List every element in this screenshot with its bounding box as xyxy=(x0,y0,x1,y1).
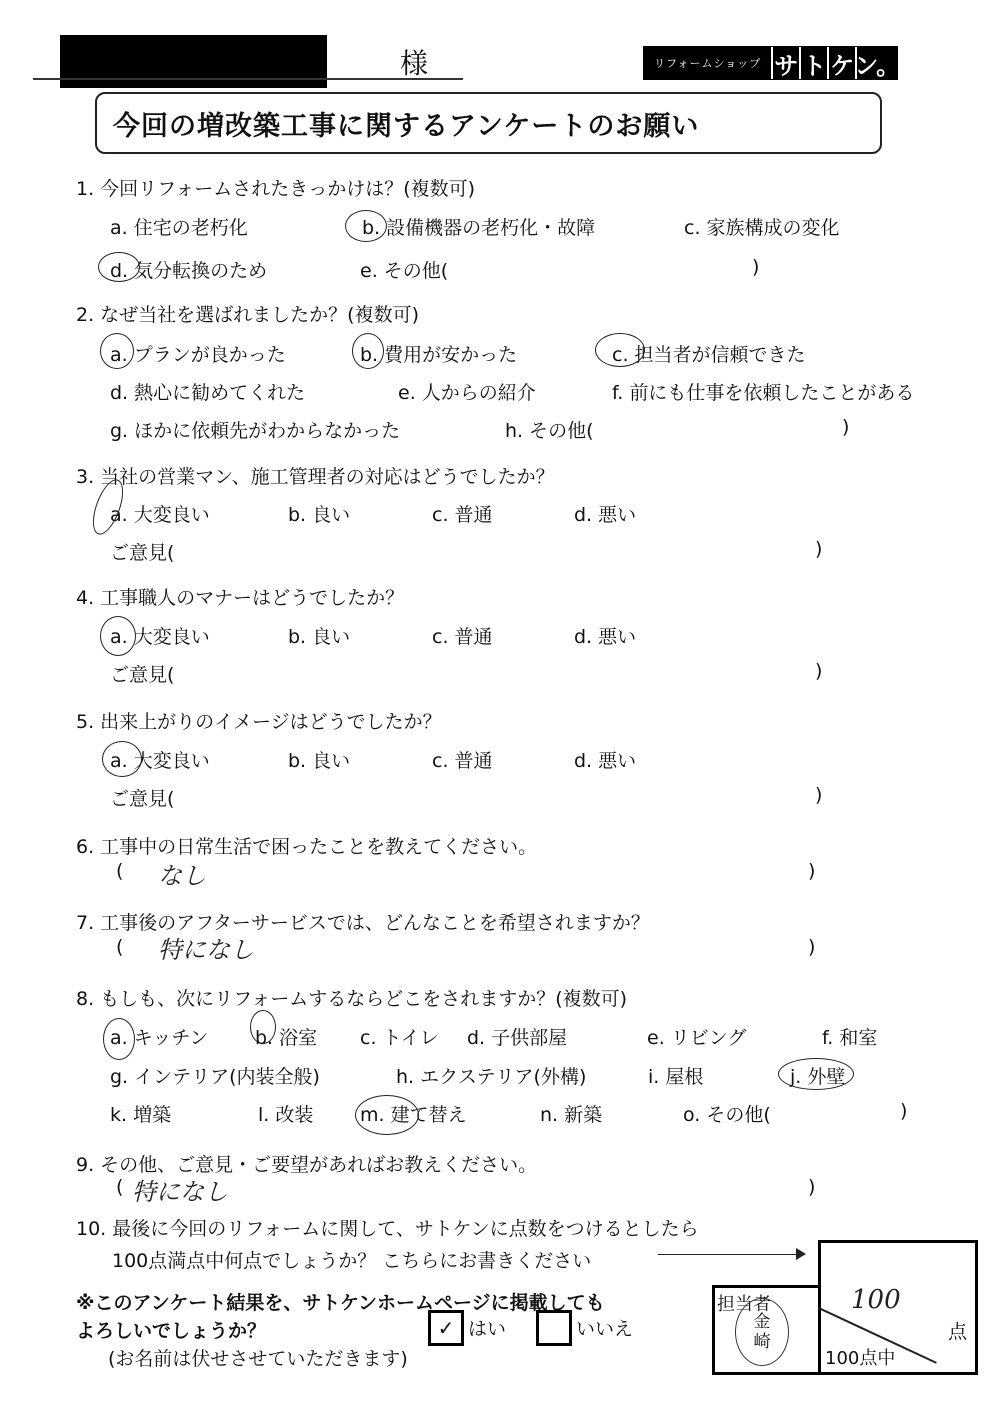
q4-comment-label: ご意見( xyxy=(110,660,174,687)
q5-option-b[interactable]: b. 良い xyxy=(288,746,350,773)
q8-option-h[interactable]: h. エクステリア(外構) xyxy=(396,1062,586,1089)
company-logo: リフォームショップ サ ト ケ ン。 xyxy=(643,46,898,80)
q8-option-g[interactable]: g. インテリア(内装全般) xyxy=(110,1062,320,1089)
q1-d-circle xyxy=(98,252,140,282)
q6-answer[interactable]: なし xyxy=(158,856,206,891)
q7-open-paren: ( xyxy=(116,936,123,958)
staff-stamp: 金 崎 xyxy=(735,1298,789,1366)
q4-option-b[interactable]: b. 良い xyxy=(288,622,350,649)
logo-char: ト xyxy=(799,47,827,79)
q7-answer[interactable]: 特になし xyxy=(158,930,254,965)
publish-note: (お名前は伏せさせていただきます) xyxy=(108,1344,408,1371)
q3-option-a[interactable]: a. 大変良い xyxy=(110,500,210,527)
q6-close-paren: ) xyxy=(808,860,815,882)
q2-c-circle xyxy=(595,333,645,367)
score-box: 100 点 100点中 xyxy=(818,1240,978,1375)
q7-close-paren: ) xyxy=(808,936,815,958)
q1-option-a[interactable]: a. 住宅の老朽化 xyxy=(110,213,248,240)
question-8: 8. もしも、次にリフォームするならどこをされますか？(複数可) xyxy=(76,984,627,1011)
q9-close-paren: ) xyxy=(808,1176,815,1198)
q9-open-paren: ( xyxy=(116,1176,123,1198)
q5-a-circle xyxy=(102,741,142,777)
publish-no-label: いいえ xyxy=(576,1314,633,1341)
score-unit: 点 xyxy=(948,1317,967,1344)
q8-option-k[interactable]: k. 増築 xyxy=(110,1100,171,1127)
q5-comment-label: ご意見( xyxy=(110,784,174,811)
q8-a-circle xyxy=(103,1018,135,1060)
q2-option-g[interactable]: g. ほかに依頼先がわからなかった xyxy=(110,416,400,443)
staff-box: 担当者 金 崎 xyxy=(712,1285,824,1375)
question-3: 3. 当社の営業マン、施工管理者の対応はどうでしたか？ xyxy=(76,462,555,489)
page-title-box: 今回の増改築工事に関するアンケートのお願い xyxy=(95,92,882,154)
publish-yes-label: はい xyxy=(468,1314,506,1341)
q6-open-paren: ( xyxy=(116,860,123,882)
q8-option-l[interactable]: l. 改装 xyxy=(258,1100,313,1127)
q3-option-c[interactable]: c. 普通 xyxy=(432,500,493,527)
arrow-line xyxy=(658,1254,798,1255)
q8-b-circle xyxy=(250,1010,276,1044)
q8-option-d[interactable]: d. 子供部屋 xyxy=(467,1023,567,1050)
logo-shop-label: リフォームショップ xyxy=(644,47,771,79)
q4-close-paren: ) xyxy=(815,660,822,682)
redacted-name xyxy=(60,35,327,88)
q8-option-o[interactable]: o. その他( xyxy=(683,1100,771,1127)
q3-option-b[interactable]: b. 良い xyxy=(288,500,350,527)
q8-option-n[interactable]: n. 新築 xyxy=(540,1100,602,1127)
q8-close-paren: ) xyxy=(900,1100,907,1122)
logo-char: ン。 xyxy=(855,47,897,79)
q8-option-i[interactable]: i. 屋根 xyxy=(648,1062,703,1089)
q9-answer[interactable]: 特になし xyxy=(132,1172,228,1207)
question-2: 2. なぜ当社を選ばれましたか？(複数可) xyxy=(76,300,419,327)
question-1: 1. 今回リフォームされたきっかけは？(複数可) xyxy=(76,174,475,201)
q5-close-paren: ) xyxy=(815,784,822,806)
question-10: 10. 最後に今回のリフォームに関して、サトケンに点数をつけるとしたら xyxy=(76,1214,699,1241)
q1-option-e[interactable]: e. その他( xyxy=(360,256,448,283)
q2-b-circle xyxy=(352,333,384,369)
question-5: 5. 出来上がりのイメージはどうでしたか？ xyxy=(76,707,442,734)
q8-j-circle xyxy=(778,1058,854,1090)
q3-close-paren: ) xyxy=(815,538,822,560)
q2-option-h[interactable]: h. その他( xyxy=(505,416,594,443)
logo-char: ケ xyxy=(827,47,855,79)
q5-option-c[interactable]: c. 普通 xyxy=(432,746,493,773)
q3-option-d[interactable]: d. 悪い xyxy=(574,500,636,527)
q1-close-paren: ) xyxy=(752,256,759,278)
page-title: 今回の増改築工事に関するアンケートのお願い xyxy=(113,104,699,143)
publish-question-line2: よろしいでしょうか？ xyxy=(76,1316,266,1343)
q8-m-circle xyxy=(355,1095,419,1135)
q8-option-f[interactable]: f. 和室 xyxy=(822,1023,877,1050)
name-underline xyxy=(33,78,463,80)
q2-option-d[interactable]: d. 熱心に勧めてくれた xyxy=(110,378,305,405)
stamp-char: 崎 xyxy=(754,1332,771,1352)
question-4: 4. 工事職人のマナーはどうでしたか？ xyxy=(76,583,404,610)
q8-option-e[interactable]: e. リビング xyxy=(647,1023,746,1050)
q4-option-c[interactable]: c. 普通 xyxy=(432,622,493,649)
q3-comment-label: ご意見( xyxy=(110,538,174,565)
q8-option-c[interactable]: c. トイレ xyxy=(360,1023,439,1050)
q1-option-c[interactable]: c. 家族構成の変化 xyxy=(684,213,840,240)
q4-a-circle xyxy=(100,616,136,656)
stamp-char: 金 xyxy=(754,1312,771,1332)
q4-option-d[interactable]: d. 悪い xyxy=(574,622,636,649)
arrow-head-icon xyxy=(796,1248,806,1260)
question-6: 6. 工事中の日常生活で困ったことを教えてください。 xyxy=(76,832,537,859)
publish-question-line1: ※このアンケート結果を、サトケンホームページに掲載しても xyxy=(76,1288,605,1315)
publish-no-checkbox[interactable] xyxy=(536,1310,572,1346)
check-icon: ✓ xyxy=(438,1316,455,1340)
honorific: 様 xyxy=(400,42,428,82)
score-out-of: 100点中 xyxy=(825,1344,895,1370)
q5-option-d[interactable]: d. 悪い xyxy=(574,746,636,773)
q2-option-f[interactable]: f. 前にも仕事を依頼したことがある xyxy=(612,378,914,405)
q1-b-circle xyxy=(345,210,387,242)
q2-close-paren: ) xyxy=(842,416,849,438)
q2-option-e[interactable]: e. 人からの紹介 xyxy=(398,378,536,405)
question-10-line2: 100点満点中何点でしょうか？ こちらにお書きください xyxy=(112,1246,591,1273)
logo-char: サ xyxy=(771,47,799,79)
score-value[interactable]: 100 xyxy=(851,1285,901,1315)
q1-option-b[interactable]: b. 設備機器の老朽化・故障 xyxy=(362,213,595,240)
q2-a-circle xyxy=(100,333,134,369)
q2-option-a[interactable]: a. プランが良かった xyxy=(110,340,286,367)
publish-yes-checkbox[interactable]: ✓ xyxy=(428,1310,464,1346)
